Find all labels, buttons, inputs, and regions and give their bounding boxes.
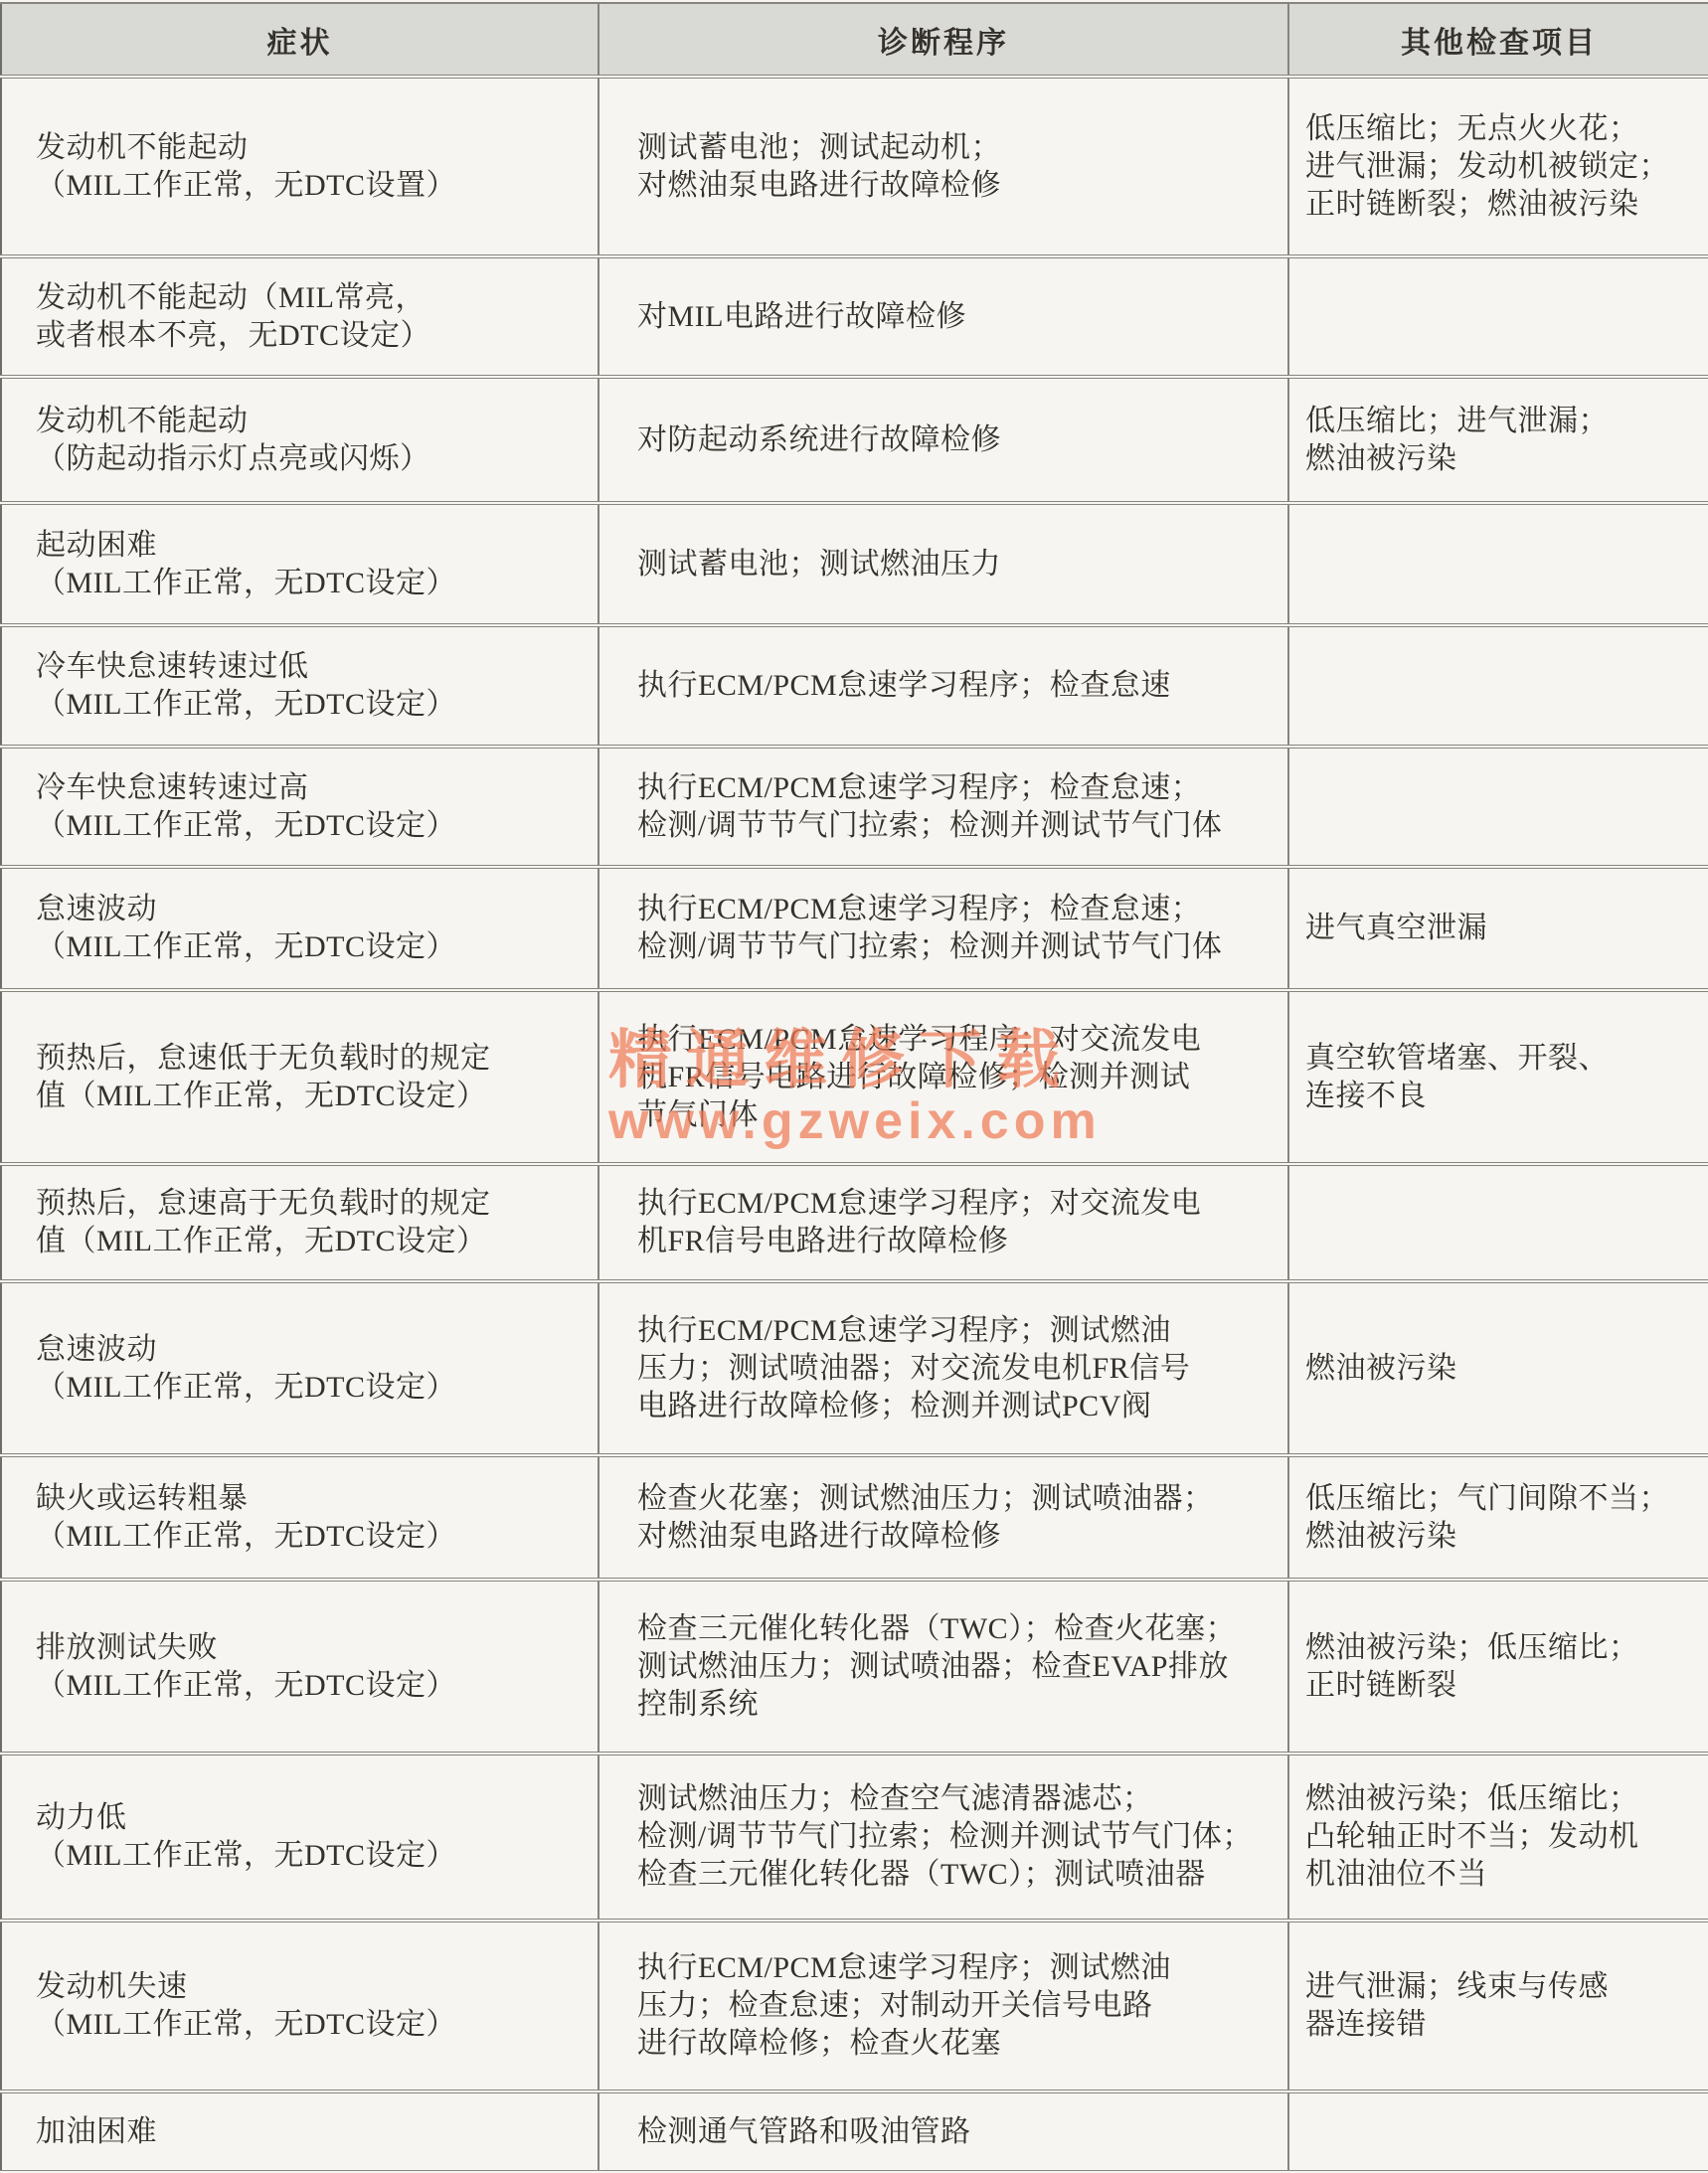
procedure-cell: 对防起动系统进行故障检修 — [598, 377, 1288, 503]
table-row: 怠速波动 （MIL工作正常，无DTC设定） 执行ECM/PCM怠速学习程序；检查… — [1, 867, 1708, 990]
table-row: 排放测试失败 （MIL工作正常，无DTC设定） 检查三元催化转化器（TWC）；检… — [1, 1580, 1708, 1754]
other-checks-cell: 真空软管堵塞、开裂、 连接不良 — [1288, 990, 1708, 1164]
procedure-cell: 测试蓄电池；测试燃油压力 — [598, 503, 1288, 625]
other-checks-cell: 进气真空泄漏 — [1288, 867, 1708, 990]
other-checks-cell: 低压缩比；无点火火花； 进气泄漏；发动机被锁定； 正时链断裂；燃油被污染 — [1288, 77, 1708, 256]
other-checks-cell — [1288, 503, 1708, 625]
procedure-cell: 执行ECM/PCM怠速学习程序；测试燃油 压力；检查怠速；对制动开关信号电路 进… — [598, 1921, 1288, 2091]
other-checks-cell — [1288, 256, 1708, 377]
symptom-cell: 冷车快怠速转速过高 （MIL工作正常，无DTC设定） — [1, 747, 598, 867]
other-checks-cell: 低压缩比；进气泄漏； 燃油被污染 — [1288, 377, 1708, 503]
procedure-cell: 检查火花塞；测试燃油压力；测试喷油器； 对燃油泵电路进行故障检修 — [598, 1455, 1288, 1580]
procedure-cell: 检测通气管路和吸油管路 — [598, 2091, 1288, 2172]
symptom-cell: 怠速波动 （MIL工作正常，无DTC设定） — [1, 867, 598, 990]
procedure-cell: 检查三元催化转化器（TWC）；检查火花塞； 测试燃油压力；测试喷油器；检查EVA… — [598, 1580, 1288, 1754]
symptom-cell: 怠速波动 （MIL工作正常，无DTC设定） — [1, 1281, 598, 1455]
symptom-cell: 排放测试失败 （MIL工作正常，无DTC设定） — [1, 1580, 598, 1754]
other-checks-cell: 进气泄漏；线束与传感 器连接错 — [1288, 1921, 1708, 2091]
other-checks-cell — [1288, 625, 1708, 747]
table-row: 发动机不能起动 （防起动指示灯点亮或闪烁） 对防起动系统进行故障检修 低压缩比；… — [1, 377, 1708, 503]
table-row: 冷车快怠速转速过低 （MIL工作正常，无DTC设定） 执行ECM/PCM怠速学习… — [1, 625, 1708, 747]
symptom-cell: 发动机不能起动 （防起动指示灯点亮或闪烁） — [1, 377, 598, 503]
diagnostic-table: 症状 诊断程序 其他检查项目 发动机不能起动 （MIL工作正常，无DTC设置） … — [0, 2, 1708, 2173]
table-header-row: 症状 诊断程序 其他检查项目 — [1, 3, 1708, 77]
table-row: 发动机失速 （MIL工作正常，无DTC设定） 执行ECM/PCM怠速学习程序；测… — [1, 1921, 1708, 2091]
other-checks-cell: 低压缩比；气门间隙不当； 燃油被污染 — [1288, 1455, 1708, 1580]
table-row: 冷车快怠速转速过高 （MIL工作正常，无DTC设定） 执行ECM/PCM怠速学习… — [1, 747, 1708, 867]
procedure-cell: 执行ECM/PCM怠速学习程序；对交流发电 机FR信号电路进行故障检修 — [598, 1164, 1288, 1281]
procedure-cell: 执行ECM/PCM怠速学习程序；检查怠速； 检测/调节节气门拉索；检测并测试节气… — [598, 867, 1288, 990]
other-checks-cell: 燃油被污染；低压缩比； 正时链断裂 — [1288, 1580, 1708, 1754]
table-row: 发动机不能起动（MIL常亮， 或者根本不亮，无DTC设定） 对MIL电路进行故障… — [1, 256, 1708, 377]
symptom-cell: 加油困难 — [1, 2091, 598, 2172]
table-row: 预热后，怠速低于无负载时的规定 值（MIL工作正常，无DTC设定） 执行ECM/… — [1, 990, 1708, 1164]
symptom-cell: 动力低 （MIL工作正常，无DTC设定） — [1, 1754, 598, 1921]
col-header-symptom: 症状 — [1, 3, 598, 77]
table-row: 加油困难 检测通气管路和吸油管路 — [1, 2091, 1708, 2172]
other-checks-cell: 燃油被污染；低压缩比； 凸轮轴正时不当；发动机 机油油位不当 — [1288, 1754, 1708, 1921]
col-header-other-checks: 其他检查项目 — [1288, 3, 1708, 77]
symptom-cell: 起动困难 （MIL工作正常，无DTC设定） — [1, 503, 598, 625]
procedure-cell: 对MIL电路进行故障检修 — [598, 256, 1288, 377]
procedure-cell: 执行ECM/PCM怠速学习程序；对交流发电 机FR信号电路进行故障检修；检测并测… — [598, 990, 1288, 1164]
procedure-cell: 执行ECM/PCM怠速学习程序；测试燃油 压力；测试喷油器；对交流发电机FR信号… — [598, 1281, 1288, 1455]
table-row: 起动困难 （MIL工作正常，无DTC设定） 测试蓄电池；测试燃油压力 — [1, 503, 1708, 625]
table-row: 缺火或运转粗暴 （MIL工作正常，无DTC设定） 检查火花塞；测试燃油压力；测试… — [1, 1455, 1708, 1580]
other-checks-cell: 燃油被污染 — [1288, 1281, 1708, 1455]
symptom-cell: 预热后，怠速低于无负载时的规定 值（MIL工作正常，无DTC设定） — [1, 990, 598, 1164]
other-checks-cell — [1288, 747, 1708, 867]
other-checks-cell — [1288, 2091, 1708, 2172]
symptom-cell: 缺火或运转粗暴 （MIL工作正常，无DTC设定） — [1, 1455, 598, 1580]
scanned-page: 症状 诊断程序 其他检查项目 发动机不能起动 （MIL工作正常，无DTC设置） … — [0, 2, 1708, 2173]
procedure-cell: 测试燃油压力；检查空气滤清器滤芯； 检测/调节节气门拉索；检测并测试节气门体； … — [598, 1754, 1288, 1921]
table-row: 发动机不能起动 （MIL工作正常，无DTC设置） 测试蓄电池；测试起动机； 对燃… — [1, 77, 1708, 256]
procedure-cell: 执行ECM/PCM怠速学习程序；检查怠速； 检测/调节节气门拉索；检测并测试节气… — [598, 747, 1288, 867]
other-checks-cell — [1288, 1164, 1708, 1281]
symptom-cell: 发动机不能起动 （MIL工作正常，无DTC设置） — [1, 77, 598, 256]
symptom-cell: 发动机失速 （MIL工作正常，无DTC设定） — [1, 1921, 598, 2091]
table-row: 怠速波动 （MIL工作正常，无DTC设定） 执行ECM/PCM怠速学习程序；测试… — [1, 1281, 1708, 1455]
table-row: 预热后，怠速高于无负载时的规定 值（MIL工作正常，无DTC设定） 执行ECM/… — [1, 1164, 1708, 1281]
procedure-cell: 执行ECM/PCM怠速学习程序；检查怠速 — [598, 625, 1288, 747]
symptom-cell: 预热后，怠速高于无负载时的规定 值（MIL工作正常，无DTC设定） — [1, 1164, 598, 1281]
table-row: 动力低 （MIL工作正常，无DTC设定） 测试燃油压力；检查空气滤清器滤芯； 检… — [1, 1754, 1708, 1921]
symptom-cell: 冷车快怠速转速过低 （MIL工作正常，无DTC设定） — [1, 625, 598, 747]
symptom-cell: 发动机不能起动（MIL常亮， 或者根本不亮，无DTC设定） — [1, 256, 598, 377]
col-header-procedure: 诊断程序 — [598, 3, 1288, 77]
procedure-cell: 测试蓄电池；测试起动机； 对燃油泵电路进行故障检修 — [598, 77, 1288, 256]
